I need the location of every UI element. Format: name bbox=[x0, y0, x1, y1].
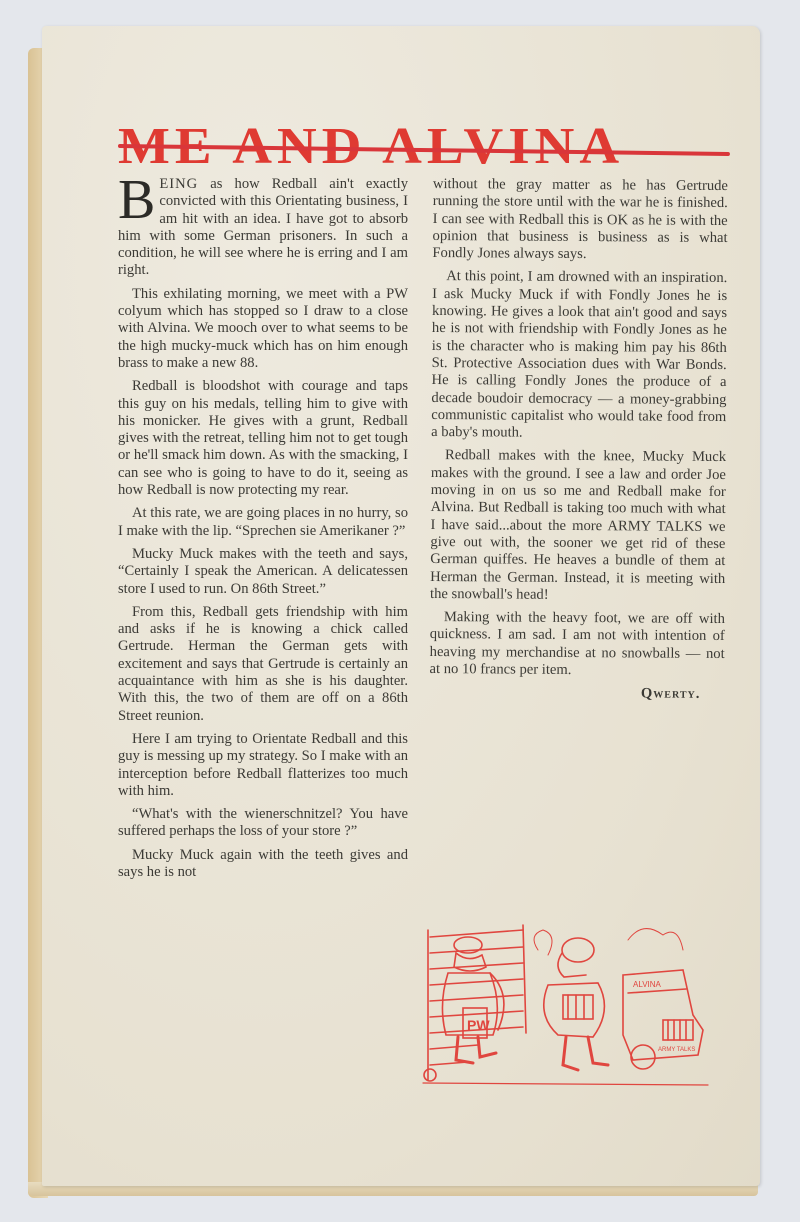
paragraph: Mucky Muck makes with the teeth and says… bbox=[118, 546, 408, 598]
svg-text:PW: PW bbox=[467, 1017, 490, 1033]
paragraph: Redball makes with the knee, Mucky Muck … bbox=[430, 447, 726, 605]
soldier-figure-icon bbox=[534, 930, 608, 1070]
paragraph: without the gray matter as he has Gertru… bbox=[432, 176, 728, 265]
svg-text:ARMY TALKS: ARMY TALKS bbox=[658, 1047, 695, 1053]
author-signature: Qwerty. bbox=[429, 684, 724, 703]
paragraph: Making with the heavy foot, we are off w… bbox=[429, 609, 724, 680]
svg-text:ALVINA: ALVINA bbox=[633, 980, 662, 989]
cartoon-illustration: PW ALVINA ARMY TALKS bbox=[418, 915, 713, 1090]
paragraph: Mucky Muck again with the teeth gives an… bbox=[118, 847, 408, 882]
paragraph: Here I am trying to Orientate Redball an… bbox=[118, 731, 408, 800]
right-column: without the gray matter as he has Gertru… bbox=[429, 176, 728, 710]
paragraph: At this point, I am drowned with an insp… bbox=[431, 268, 727, 443]
paragraph: “What's with the wienerschnitzel? You ha… bbox=[118, 806, 408, 841]
paragraph: Redball is bloodshot with courage and ta… bbox=[118, 378, 408, 499]
paragraph: BEING as how Redball ain't exactly convi… bbox=[118, 176, 408, 280]
barbed-wire-fence-icon bbox=[424, 925, 526, 1081]
paragraph: At this rate, we are going places in no … bbox=[118, 505, 408, 540]
first-word: EING bbox=[159, 176, 198, 192]
drop-cap: B bbox=[118, 178, 155, 222]
left-column: BEING as how Redball ain't exactly convi… bbox=[118, 176, 408, 887]
paragraph: From this, Redball gets friendship with … bbox=[118, 604, 408, 725]
jeep-icon: ALVINA ARMY TALKS bbox=[623, 929, 703, 1069]
paragraph: This exhilating morning, we meet with a … bbox=[118, 286, 408, 372]
